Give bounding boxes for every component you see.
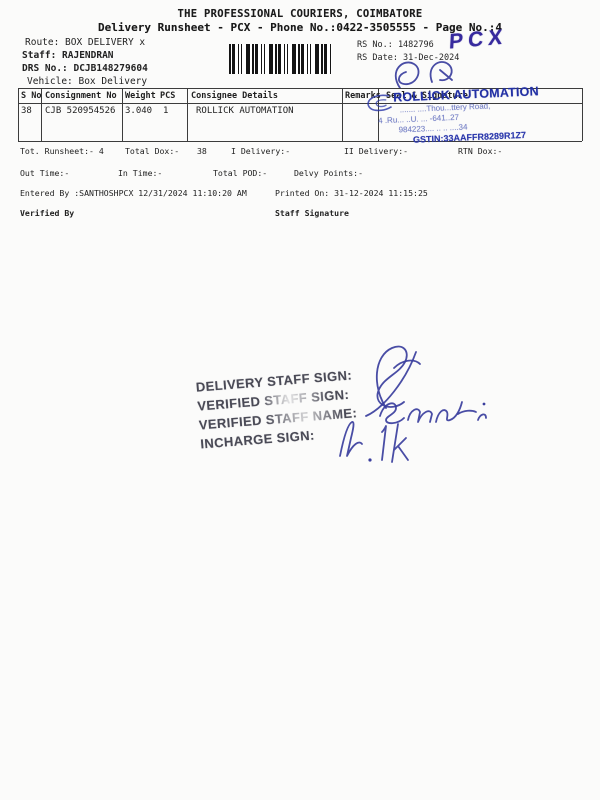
- route-field: Route: BOX DELIVERY x: [25, 37, 145, 48]
- total-pod-field: Total POD:-: [213, 168, 267, 178]
- vehicle-field: Vehicle: Box Delivery: [27, 76, 147, 87]
- cell-s-no: 38: [21, 106, 32, 116]
- column-header-s-no: S No: [21, 91, 41, 101]
- page-title: THE PROFESSIONAL COURIERS, COIMBATORE: [0, 8, 600, 20]
- barcode: [229, 44, 332, 74]
- cell-pcs: 1: [163, 106, 168, 116]
- printed-on-field: Printed On: 31-12-2024 11:15:25: [275, 188, 428, 198]
- table-line: [342, 88, 343, 141]
- rtn-dox-field: RTN Dox:-: [458, 146, 502, 156]
- column-header-consignee-details: Consignee Details: [191, 91, 278, 101]
- column-header-weight: Weight: [125, 91, 156, 101]
- ii-delivery-field: II Delivery:-: [344, 146, 408, 156]
- table-line: [18, 88, 19, 141]
- stamp-emblem-icon: [365, 92, 394, 115]
- column-header-pcs: PCS: [160, 91, 175, 101]
- table-line: [187, 88, 188, 141]
- entered-by-field: Entered By :SANTHOSHPCX 12/31/2024 11:10…: [20, 188, 247, 198]
- page-subtitle: Delivery Runsheet - PCX - Phone No.:0422…: [0, 21, 600, 34]
- cell-consignment-no: CJB 520954526: [45, 106, 115, 116]
- total-dox-value: 38: [197, 146, 207, 156]
- consignee-seal-stamp: ROLLICK AUTOMATION ....... ....Thou...tt…: [369, 83, 585, 146]
- in-time-field: In Time:-: [118, 168, 162, 178]
- staff-signature-label: Staff Signature: [275, 208, 349, 218]
- table-bottom-border: [18, 141, 582, 142]
- i-delivery-field: I Delivery:-: [231, 146, 290, 156]
- table-line: [122, 88, 123, 141]
- cell-weight: 3.040: [125, 106, 152, 116]
- drs-no-field: DRS No.: DCJB148279604: [22, 63, 148, 74]
- out-time-field: Out Time:-: [20, 168, 69, 178]
- pcx-hand-stamp: PCX: [448, 25, 507, 54]
- rs-no-field: RS No.: 1482796: [357, 40, 434, 50]
- tot-runsheet-field: Tot. Runsheet:- 4: [20, 146, 104, 156]
- verified-by-label: Verified By: [20, 208, 74, 218]
- runsheet-document: THE PROFESSIONAL COURIERS, COIMBATORE De…: [0, 0, 600, 800]
- column-header-consignment-no: Consignment No: [45, 91, 117, 101]
- total-dox-label: Total Dox:-: [125, 146, 179, 156]
- delvy-points-field: Delvy Points:-: [294, 168, 363, 178]
- staff-field: Staff: RAJENDRAN: [22, 50, 114, 61]
- cell-consignee: ROLLICK AUTOMATION: [196, 106, 294, 116]
